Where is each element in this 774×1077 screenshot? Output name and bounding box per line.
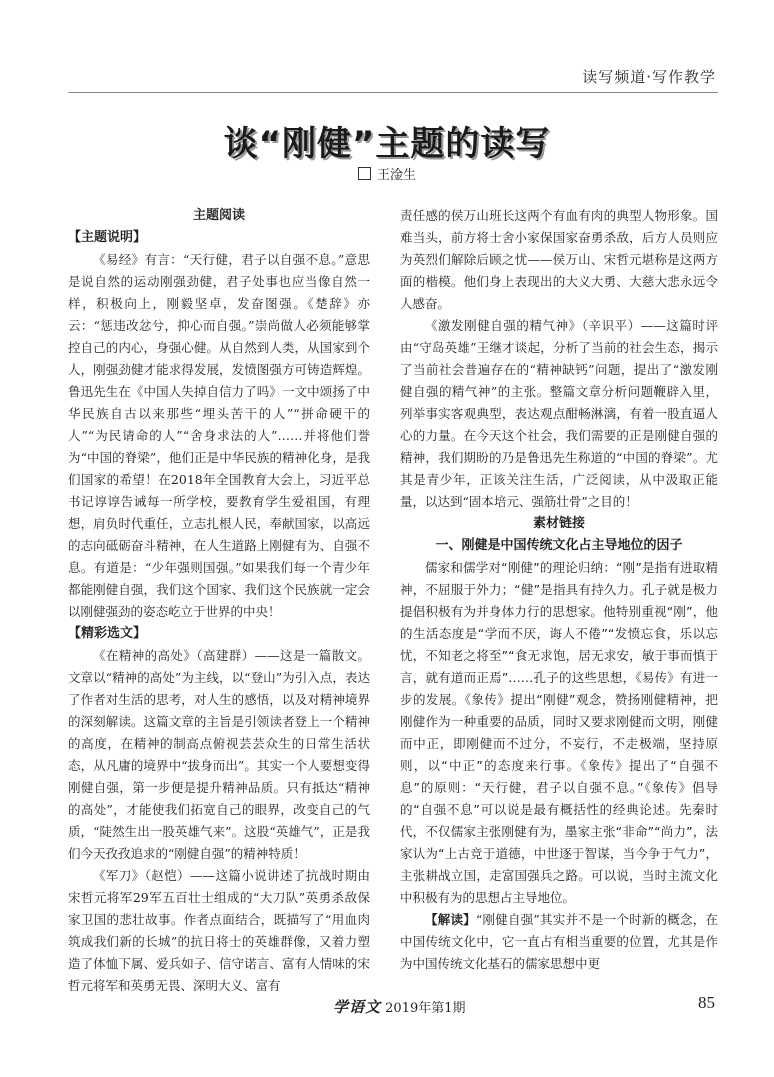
selected-paragraph-1: 《在精神的高处》（高建群）——这是一篇散文。文章以“精神的高处”为主线，以“登山… xyxy=(68,645,370,865)
material-paragraph: 儒家和儒学对“刚健”的理论归纳：“刚”是指有进取精神，不屈服于外力；“健”是指具… xyxy=(400,557,718,909)
author-name: 王淦生 xyxy=(377,168,416,183)
interpretation-paragraph: 【解读】“刚健自强”其实并不是一个时新的概念，在中国传统文化中，它一直占有相当重… xyxy=(400,909,718,975)
article-title: 谈“刚健”主题的读写 xyxy=(0,116,774,165)
author-box-icon xyxy=(358,167,371,180)
theme-paragraph: 《易经》有言：“天行健，君子以自强不息。”意思是说自然的运动刚强劲健，君子处事也… xyxy=(68,249,370,623)
left-column: 主题阅读 【主题说明】 《易经》有言：“天行健，君子以自强不息。”意思是说自然的… xyxy=(68,205,370,997)
section-title-theme-reading: 主题阅读 xyxy=(68,205,370,227)
page-number: 85 xyxy=(698,993,715,1013)
selected-paragraph-3: 《激发刚健自强的精气神》（辛识平）——这篇时评由“守岛英雄”王继才谈起，分析了当… xyxy=(400,315,718,513)
magazine-name: 学语文 xyxy=(333,998,381,1016)
footer-magazine: 学语文 2019年第1期 xyxy=(333,996,466,1017)
continued-paragraph: 责任感的侯万山班长这两个有血有肉的典型人物形象。国难当头，前方将士舍小家保国家奋… xyxy=(400,205,718,315)
author-line: 王淦生 xyxy=(0,164,774,183)
right-column: 责任感的侯万山班长这两个有血有肉的典型人物形象。国难当头，前方将士舍小家保国家奋… xyxy=(400,205,718,975)
selected-paragraph-2: 《军刀》（赵恺）——这篇小说讲述了抗战时期由宋哲元将军29军五百壮士组成的“大刀… xyxy=(68,865,370,997)
interpretation-label: 【解读】 xyxy=(425,912,476,927)
theme-heading: 【主题说明】 xyxy=(68,227,370,249)
selected-heading: 【精彩选文】 xyxy=(68,623,370,645)
material-subtitle: 一、刚健是中国传统文化占主导地位的因子 xyxy=(400,535,718,557)
header-divider xyxy=(68,92,718,93)
issue-label: 2019年第1期 xyxy=(385,1001,465,1016)
channel-header: 读写频道·写作教学 xyxy=(582,66,716,87)
section-title-material-links: 素材链接 xyxy=(400,513,718,535)
